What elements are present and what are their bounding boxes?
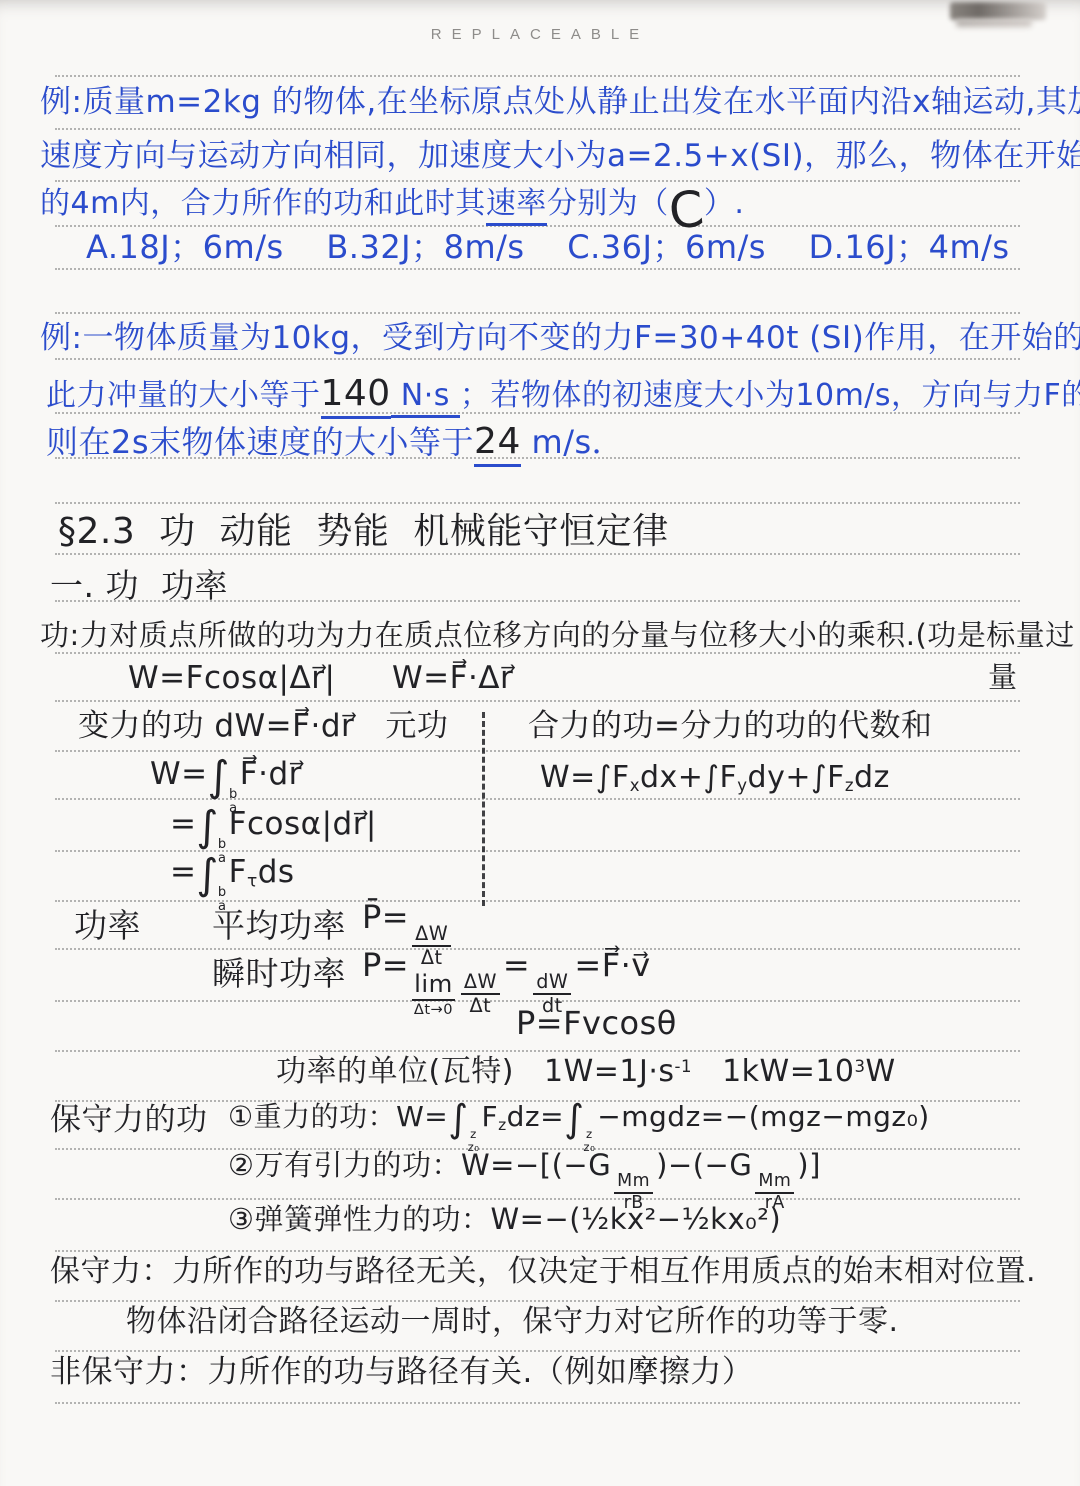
column-divider-dashed [482, 712, 485, 906]
power-scalar-formula: P=Fvcosθ [516, 1004, 677, 1043]
example1-options: A.18J；6m/s B.32J；8m/s C.36J；6m/s D.16J；4… [86, 228, 1010, 267]
ruled-line [55, 700, 1020, 702]
ruled-line [55, 358, 1020, 360]
example2-line2: 此力冲量的大小等于140 N·s ；若物体的初速度大小为10m/s，方向与力F的… [46, 372, 1080, 416]
work-components-integral: W=∫Fxdx+∫Fydy+∫Fzdz [540, 760, 890, 797]
subsection-heading: 一. 功 功率 [50, 566, 228, 606]
ruled-line [55, 268, 1020, 270]
power-label: 功率 [74, 906, 141, 946]
ruled-line [55, 1402, 1020, 1404]
example2-line3: 则在2s末物体速度的大小等于24 m/s． [46, 420, 624, 464]
average-power-label: 平均功率 [212, 906, 346, 946]
ruled-line [55, 128, 1020, 130]
power-units: 功率的单位(瓦特) 1W=1J·s-1 1kW=103W [276, 1054, 896, 1091]
example1-line3: 的4m内，合力所作的功和此时其速率分别为（C）. [40, 186, 744, 223]
conservative-work-label: 保守力的功 [50, 1102, 208, 1140]
net-force-work-label: 合力的功=分力的功的代数和 [528, 708, 932, 746]
section-heading: §2.3 功 动能 势能 机械能守恒定律 [58, 510, 669, 554]
ruled-line [55, 750, 1020, 752]
spring-work-formula: ③弹簧弹性力的功：W=−(½kx²−½kx₀²) [228, 1202, 781, 1237]
variable-force-work-label: 变力的功 dW=F⃗·dr⃗ 元功 [78, 708, 448, 746]
work-definition-overflow: 量 [988, 660, 1018, 695]
conservative-force-def-1: 保守力：力所作的功与路径无关，仅决定于相互作用质点的始末相对位置. [50, 1254, 1036, 1291]
corner-smudge-tail [956, 19, 1032, 27]
conservative-force-def-2: 物体沿闭合路径运动一周时，保守力对它所作的功等于零. [126, 1304, 899, 1341]
notebook-page: REPLACEABLE 例:质量m=2kg 的物体,在坐标原点处从静止出发在水平… [0, 0, 1080, 1486]
ruled-line [55, 180, 1020, 182]
instantaneous-power-label: 瞬时功率 [212, 954, 346, 994]
work-definition: 功:力对质点所做的功为力在质点位移方向的分量与位移大小的乘积.(功是标量过 [40, 618, 1075, 653]
watermark-text: REPLACEABLE [0, 26, 1080, 43]
ruled-line [55, 1250, 1020, 1252]
gravity-work-formula: ①重力的功：W=∫zz₀Fzdz=∫zz₀−mgdz=−(mgz−mgz₀) [228, 1100, 930, 1154]
example1-line2: 速度方向与运动方向相同，加速度大小为a=2.5+x(SI)，那么，物体在开始运动 [40, 138, 1080, 176]
corner-smudge [950, 2, 1046, 20]
ruled-line [55, 1350, 1020, 1352]
ruled-line [55, 75, 1020, 77]
ruled-line [55, 502, 1020, 504]
ruled-line [55, 1050, 1020, 1052]
nonconservative-force-def: 非保守力：力所作的功与路径有关.（例如摩擦力） [50, 1354, 753, 1392]
work-formula-const-vector: W=F⃗·Δr⃗ [392, 660, 513, 698]
ruled-line [55, 1300, 1020, 1302]
ruled-line [55, 312, 1020, 314]
work-formula-const-cos: W=Fcosα|Δr⃗| [128, 660, 335, 698]
example2-line1: 例:一物体质量为10kg，受到方向不变的力F=30+40t (SI)作用，在开始… [40, 320, 1080, 358]
example1-line1: 例:质量m=2kg 的物体,在坐标原点处从静止出发在水平面内沿x轴运动,其加 [40, 84, 1080, 122]
